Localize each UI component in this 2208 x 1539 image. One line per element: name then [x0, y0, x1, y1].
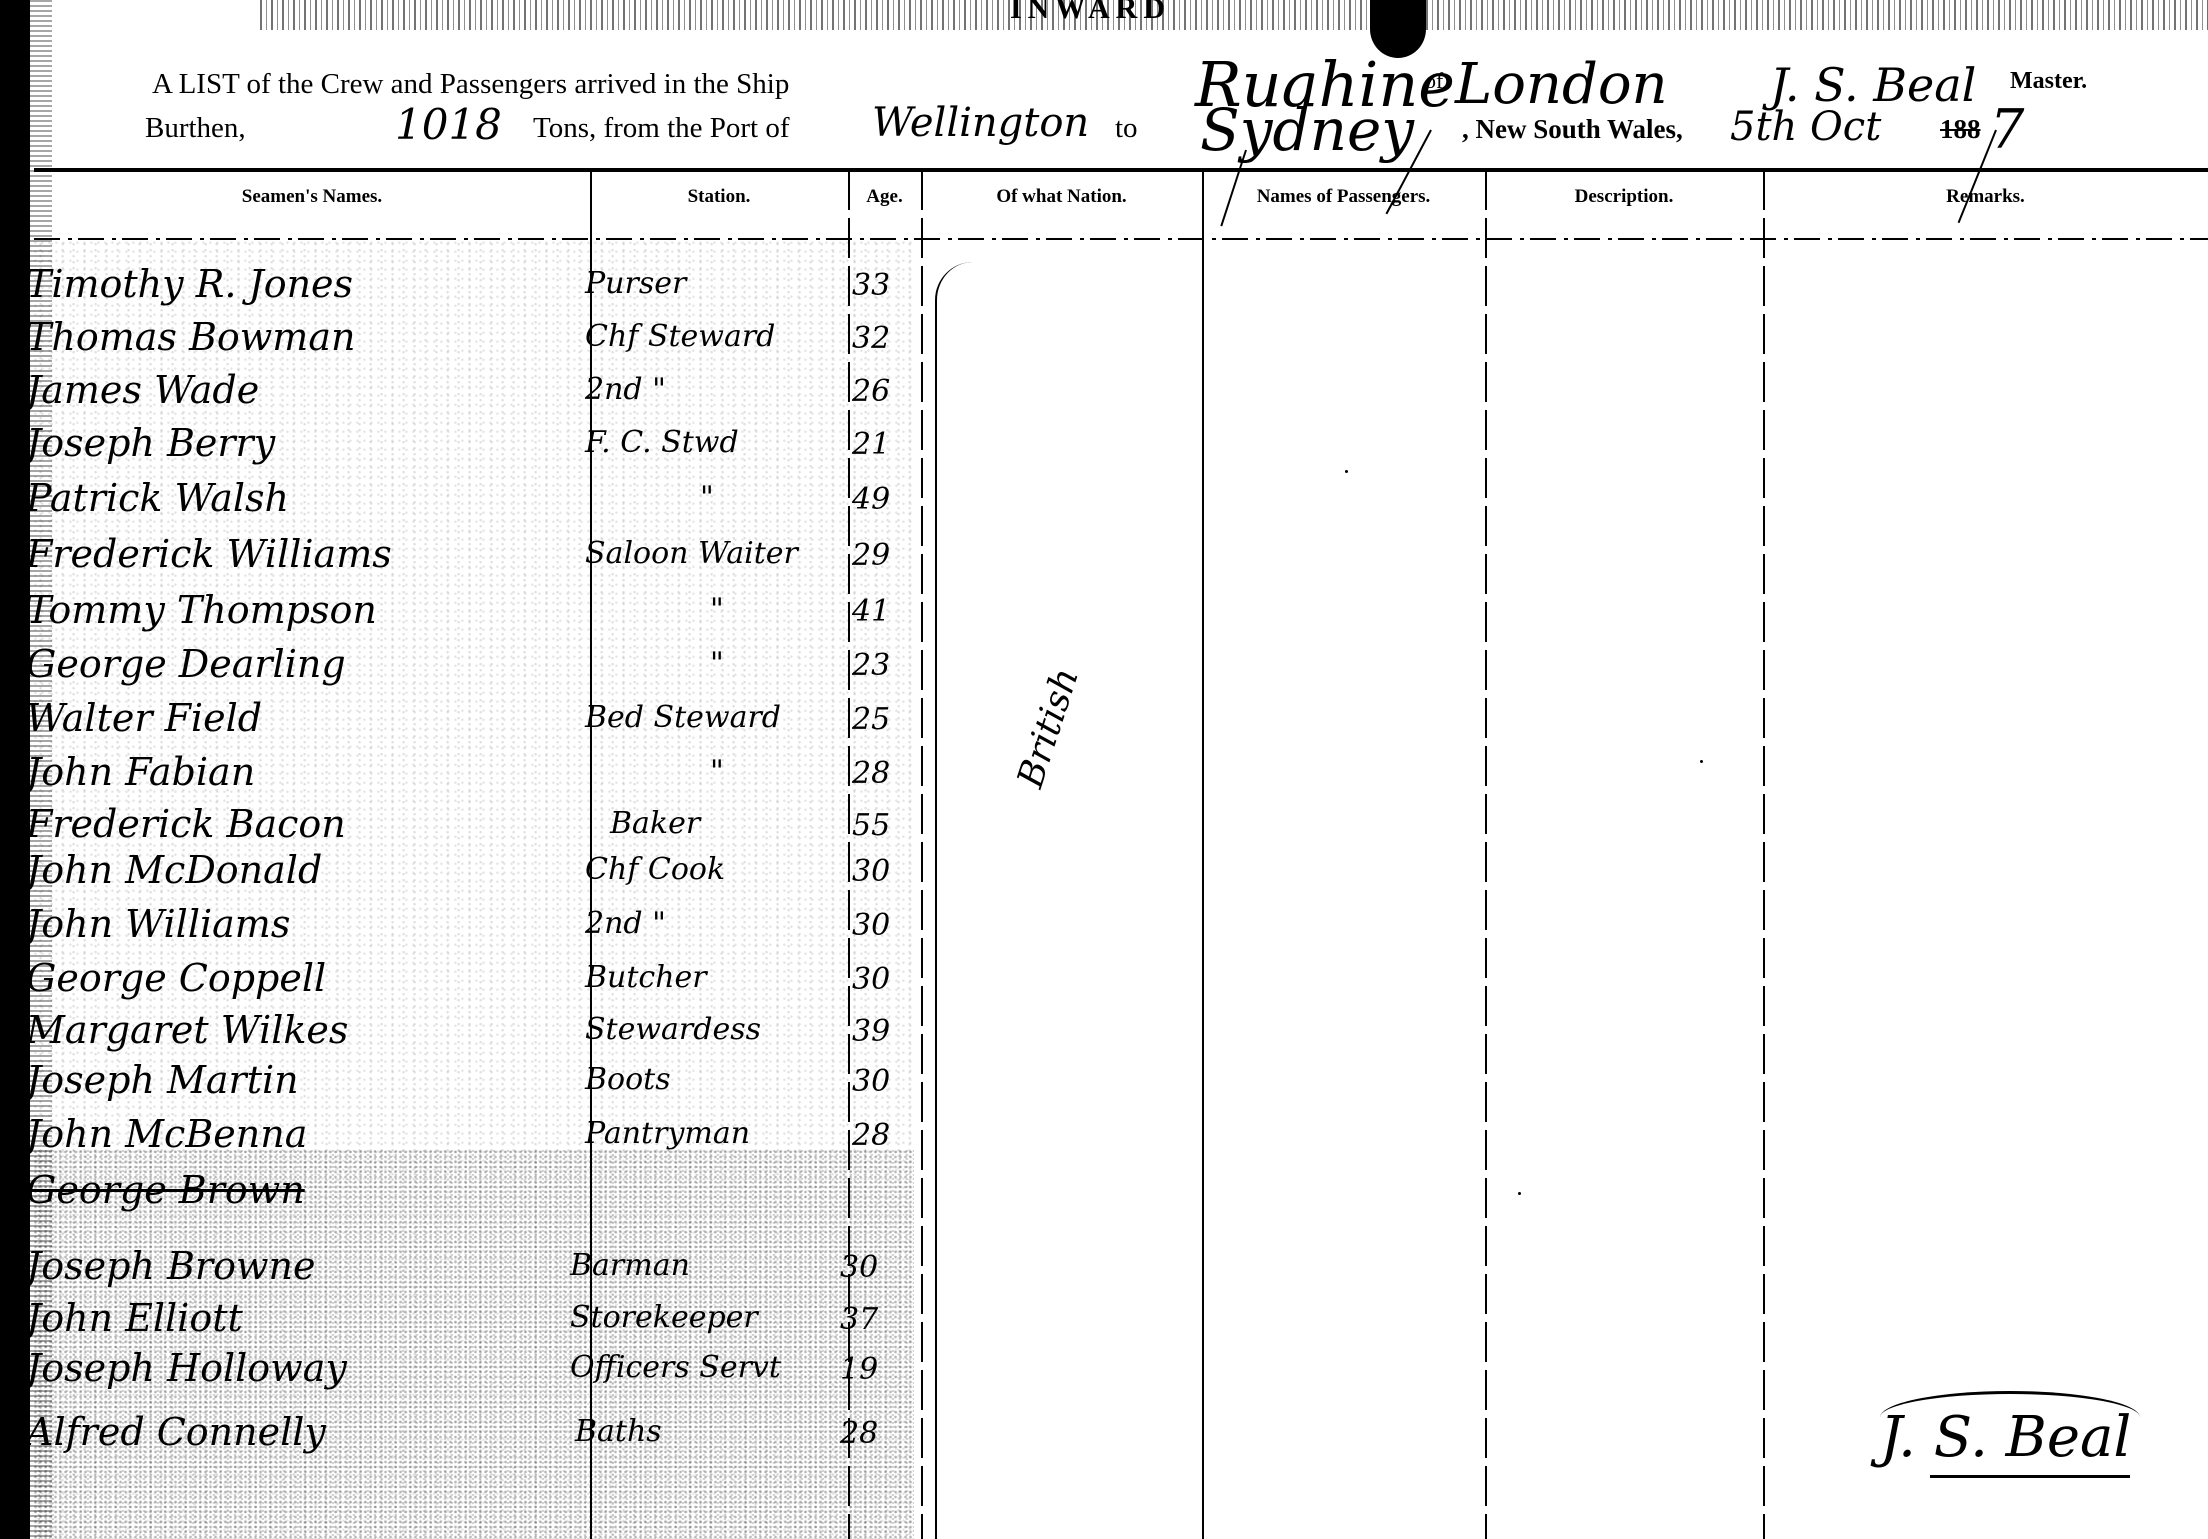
seaman-age: 26	[852, 374, 890, 409]
tonnage: 1018	[395, 100, 502, 149]
header-printed-list: A LIST of the Crew and Passengers arrive…	[152, 68, 789, 101]
seaman-age: 30	[852, 908, 890, 943]
seaman-station: Purser	[585, 266, 686, 301]
crew-row: Timothy R. Jones Purser 33	[0, 262, 2208, 310]
seaman-station: 2nd "	[585, 906, 666, 941]
seaman-name: George Brown	[26, 1168, 305, 1212]
crew-row: John Elliott Storekeeper 37	[0, 1296, 2208, 1344]
seaman-age: 25	[852, 702, 890, 737]
seaman-name: John Elliott	[26, 1296, 243, 1340]
seaman-name: Frederick Bacon	[26, 802, 346, 846]
seaman-name: John Williams	[26, 902, 290, 946]
crew-row: James Wade 2nd " 26	[0, 368, 2208, 416]
port-of-registry: London	[1455, 52, 1668, 117]
crew-row: Patrick Walsh " 49	[0, 476, 2208, 524]
seaman-name: Thomas Bowman	[26, 315, 355, 359]
seaman-station: Butcher	[585, 960, 707, 995]
seaman-name: John McBenna	[26, 1112, 307, 1156]
seaman-station: "	[700, 480, 714, 515]
header-printed-of: of	[1425, 68, 1443, 94]
crew-row: John Williams 2nd " 30	[0, 902, 2208, 950]
seaman-name: John Fabian	[26, 750, 255, 794]
seaman-name: George Dearling	[26, 642, 346, 686]
seaman-station: Stewardess	[585, 1012, 761, 1047]
seaman-age: 19	[840, 1352, 878, 1387]
seaman-name: George Coppell	[26, 956, 326, 1000]
crew-row: Joseph Berry F. C. Stwd 21	[0, 421, 2208, 469]
crew-row: Walter Field Bed Steward 25	[0, 696, 2208, 744]
crew-row: George Coppell Butcher 30	[0, 956, 2208, 1004]
scan-speck	[1700, 760, 1703, 763]
seaman-age: 23	[852, 648, 890, 683]
seaman-age: 28	[852, 1118, 890, 1153]
crew-row: Frederick Williams Saloon Waiter 29	[0, 532, 2208, 580]
crew-row: Joseph Holloway Officers Servt 19	[0, 1346, 2208, 1394]
seaman-age: 32	[852, 321, 890, 356]
column-header-nation: Of what Nation.	[921, 186, 1202, 208]
seaman-age: 28	[840, 1416, 878, 1451]
seaman-station: Baths	[575, 1414, 662, 1449]
seaman-name: Margaret Wilkes	[26, 1008, 348, 1052]
arrival-date: 5th Oct	[1730, 104, 1881, 150]
seaman-age: 33	[852, 268, 890, 303]
seaman-name: Joseph Martin	[26, 1058, 299, 1102]
crew-row: John McDonald Chf Cook 30	[0, 848, 2208, 896]
header-printed-nsw: , New South Wales,	[1462, 114, 1683, 145]
crew-row-struck-out: George Brown	[0, 1168, 2208, 1216]
form-top-title: INWARD	[1010, 0, 1171, 26]
header-printed-master: Master.	[2010, 68, 2087, 95]
seaman-age: 30	[852, 962, 890, 997]
seaman-station: "	[710, 592, 724, 627]
seaman-name: Joseph Holloway	[26, 1346, 347, 1390]
crew-row: Joseph Martin Boots 30	[0, 1058, 2208, 1106]
seaman-age: 41	[852, 594, 890, 629]
seaman-station: Bed Steward	[585, 700, 781, 735]
crew-row: Alfred Connelly Baths 28	[0, 1410, 2208, 1458]
crew-row: Thomas Bowman Chf Steward 32	[0, 315, 2208, 363]
crew-row: Tommy Thompson " 41	[0, 588, 2208, 636]
seaman-station: Storekeeper	[570, 1300, 758, 1335]
crew-row: Frederick Bacon Baker 55	[0, 802, 2208, 850]
seaman-name: James Wade	[26, 368, 259, 412]
seaman-station: Baker	[610, 806, 700, 841]
seaman-age: 30	[840, 1250, 878, 1285]
seaman-age: 21	[852, 427, 890, 462]
seaman-station: 2nd "	[585, 372, 666, 407]
seaman-age: 30	[852, 854, 890, 889]
seaman-name: Timothy R. Jones	[26, 262, 353, 306]
seaman-age: 39	[852, 1014, 890, 1049]
seaman-station: Chf Steward	[585, 319, 775, 354]
scan-speck	[1518, 1192, 1521, 1195]
seaman-station: F. C. Stwd	[585, 425, 739, 460]
column-header-passenger-names: Names of Passengers.	[1202, 186, 1485, 208]
column-header-remarks: Remarks.	[1763, 186, 2208, 208]
master-signature: J. S. Beal	[1880, 1405, 2131, 1470]
seaman-station: Chf Cook	[585, 852, 725, 887]
header-printed-burthen: Burthen,	[145, 112, 246, 145]
from-port: Wellington	[872, 100, 1089, 146]
seaman-name: Joseph Browne	[26, 1244, 315, 1288]
seaman-station: Barman	[570, 1248, 690, 1283]
column-header-description: Description.	[1485, 186, 1763, 208]
seaman-name: Alfred Connelly	[26, 1410, 326, 1454]
scan-top-noise	[260, 0, 2208, 30]
seaman-age: 55	[852, 808, 890, 843]
crew-row: John Fabian " 28	[0, 750, 2208, 798]
seaman-age: 28	[852, 756, 890, 791]
seaman-age: 29	[852, 538, 890, 573]
seaman-station: "	[710, 646, 724, 681]
column-header-age: Age.	[848, 186, 921, 208]
seaman-age: 49	[852, 482, 890, 517]
seaman-station: Boots	[585, 1062, 671, 1097]
seaman-age: 37	[840, 1302, 878, 1337]
crew-row: Joseph Browne Barman 30	[0, 1244, 2208, 1292]
nation-brace-line	[935, 262, 973, 1539]
header-printed-to: to	[1115, 112, 1138, 145]
seaman-station: Officers Servt	[570, 1350, 781, 1385]
crew-row: George Dearling " 23	[0, 642, 2208, 690]
seaman-name: John McDonald	[26, 848, 322, 892]
crew-row: John McBenna Pantryman 28	[0, 1112, 2208, 1160]
seaman-station: Pantryman	[585, 1116, 750, 1151]
column-header-station: Station.	[590, 186, 848, 208]
table-top-rule	[34, 168, 2208, 172]
year-printed: 188	[1940, 114, 1981, 145]
seaman-station: "	[710, 754, 724, 789]
header-printed-tons: Tons, from the Port of	[533, 112, 790, 145]
seaman-name: Joseph Berry	[26, 421, 275, 465]
seaman-name: Tommy Thompson	[26, 588, 377, 632]
scan-speck	[1345, 470, 1348, 473]
seaman-station: Saloon Waiter	[585, 536, 798, 571]
to-port: Sydney	[1200, 96, 1414, 164]
seaman-name: Walter Field	[26, 696, 262, 740]
crew-row: Margaret Wilkes Stewardess 39	[0, 1008, 2208, 1056]
seaman-age: 30	[852, 1064, 890, 1099]
seaman-name: Patrick Walsh	[26, 476, 289, 520]
seaman-name: Frederick Williams	[26, 532, 392, 576]
column-header-seamen-names: Seamen's Names.	[34, 186, 590, 208]
